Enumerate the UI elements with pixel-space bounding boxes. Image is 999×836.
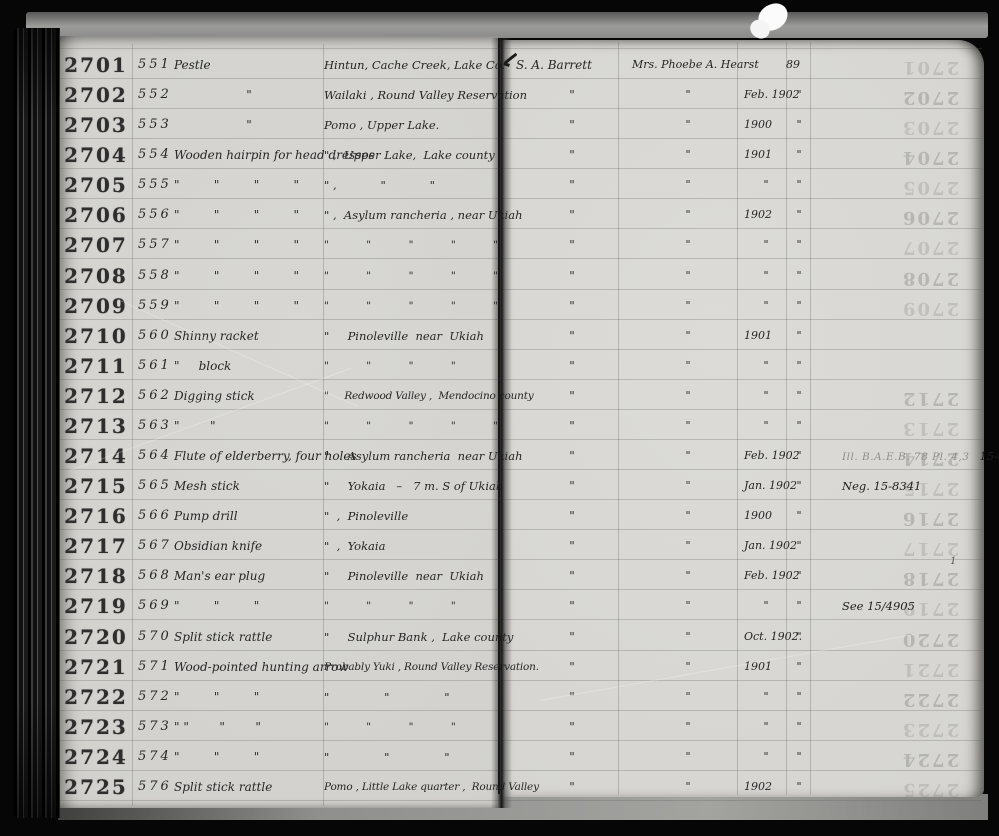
remarks-ink: See 15/4905 (842, 599, 915, 613)
locality: " " " " " (324, 261, 496, 291)
donor: " (632, 261, 744, 291)
catalog-number: 2716 (64, 501, 128, 531)
remarks-pencil: Ill. B.A.E.B. 78 Pl. 4,3 (842, 451, 969, 463)
series-number: " (786, 531, 812, 561)
locality: " " " " " (324, 291, 496, 321)
date: Oct. 1902. (744, 622, 788, 652)
object-description: " (174, 80, 324, 110)
object-description: Wood-pointed hunting arrow (174, 652, 324, 682)
date: Feb. 1902 (744, 80, 788, 110)
locality: " , " " (324, 170, 496, 200)
collector: " (516, 742, 628, 772)
date: Jan. 1902 (744, 531, 788, 561)
object-description: " " " " (174, 200, 324, 230)
donor: " (632, 471, 744, 501)
date: " (744, 591, 788, 621)
locality: " " " " (324, 712, 496, 742)
donor: " (632, 501, 744, 531)
accession-number: 574 (138, 742, 178, 772)
object-description: " " " (174, 742, 324, 772)
series-number: " (786, 110, 812, 140)
date: Feb. 1902 (744, 561, 788, 591)
object-description: " " " " (174, 712, 324, 742)
date: 1902 (744, 772, 788, 802)
stray-mark: 1 (950, 556, 956, 567)
date: " (744, 351, 788, 381)
catalog-number: 2703 (64, 110, 128, 140)
object-description: " block (174, 351, 324, 381)
date: 1901 (744, 652, 788, 682)
accession-number: 558 (138, 261, 178, 291)
accession-number: 565 (138, 471, 178, 501)
collector: " (516, 140, 628, 170)
series-number: " (786, 200, 812, 230)
collector: " (516, 471, 628, 501)
locality: Pomo , Upper Lake. (324, 110, 496, 140)
donor: " (632, 682, 744, 712)
remarks-ink: Neg. 15-8341 (842, 479, 921, 493)
date: 1900 (744, 501, 788, 531)
collector: " (516, 712, 628, 742)
locality: " Pinoleville near Ukiah (324, 321, 496, 351)
collector: " (516, 591, 628, 621)
accession-number: 569 (138, 591, 178, 621)
catalog-number: 2719 (64, 591, 128, 621)
collector: " (516, 772, 628, 802)
locality: " Asylum rancheria near Ukiah (324, 441, 496, 471)
catalog-number: 2705 (64, 170, 128, 200)
series-number: 89 (786, 50, 812, 80)
catalog-number: 2706 (64, 200, 128, 230)
catalog-number: 2711 (64, 351, 128, 381)
ledger-photo: 2701270227032704270527062707270827092712… (0, 0, 999, 836)
locality: " " " " " (324, 411, 496, 441)
locality: " , Upper Lake, Lake county (324, 140, 496, 170)
date: " (744, 261, 788, 291)
donor: " (632, 591, 744, 621)
object-description: Pump drill (174, 501, 324, 531)
accession-number: 554 (138, 140, 178, 170)
donor: " (632, 80, 744, 110)
collector: " (516, 381, 628, 411)
catalog-number: 2704 (64, 140, 128, 170)
catalog-number: 2723 (64, 712, 128, 742)
date: " (744, 411, 788, 441)
locality: " Pinoleville near Ukiah (324, 561, 496, 591)
catalog-number: 2717 (64, 531, 128, 561)
series-number: " (786, 411, 812, 441)
locality: Pomo , Little Lake quarter , Round Valle… (324, 772, 496, 802)
donor: Mrs. Phoebe A. Hearst (632, 50, 744, 80)
date: " (744, 712, 788, 742)
accession-number: 557 (138, 230, 178, 260)
date: " (744, 230, 788, 260)
locality: " Sulphur Bank , Lake county (324, 622, 496, 652)
remarks-ink: 15-6827 (979, 449, 999, 463)
series-number: " (786, 80, 812, 110)
series-number: " (786, 772, 812, 802)
series-number: " (786, 561, 812, 591)
donor: " (632, 772, 744, 802)
date: Jan. 1902 (744, 471, 788, 501)
donor: " (632, 110, 744, 140)
remarks: Neg. 15-8341 (842, 471, 992, 502)
locality: Hintun, Cache Creek, Lake Co. (324, 50, 496, 80)
catalog-number: 2708 (64, 261, 128, 291)
donor: " (632, 441, 744, 471)
accession-number: 563 (138, 411, 178, 441)
collector: " (516, 652, 628, 682)
object-description: Flute of elderberry, four holes (174, 441, 324, 471)
accession-number: 560 (138, 321, 178, 351)
accession-number: 555 (138, 170, 178, 200)
donor: " (632, 561, 744, 591)
series-number: " (786, 230, 812, 260)
collector: " (516, 501, 628, 531)
series-number: " (786, 682, 812, 712)
remarks: Ill. B.A.E.B. 78 Pl. 4,315-6827 (842, 441, 992, 472)
catalog-number: 2724 (64, 742, 128, 772)
series-number: " (786, 622, 812, 652)
catalog-number: 2722 (64, 682, 128, 712)
collector: " (516, 261, 628, 291)
catalog-number: 2714 (64, 441, 128, 471)
object-description: Split stick rattle (174, 622, 324, 652)
series-number: " (786, 471, 812, 501)
collector: " (516, 200, 628, 230)
date: Feb. 1902 (744, 441, 788, 471)
accession-number: 576 (138, 772, 178, 802)
book-spine (14, 28, 60, 818)
locality: " " " " (324, 591, 496, 621)
catalog-number: 2725 (64, 772, 128, 802)
collector: " (516, 321, 628, 351)
donor: " (632, 321, 744, 351)
date: " (744, 682, 788, 712)
series-number: " (786, 381, 812, 411)
collector: " (516, 411, 628, 441)
locality: " Yokaia – 7 m. S of Ukiah (324, 471, 496, 501)
series-number: " (786, 712, 812, 742)
date: " (744, 381, 788, 411)
series-number: " (786, 140, 812, 170)
collector: " (516, 531, 628, 561)
donor: " (632, 140, 744, 170)
catalog-number: 2718 (64, 561, 128, 591)
series-number: " (786, 441, 812, 471)
accession-number: 564 (138, 441, 178, 471)
donor: " (632, 712, 744, 742)
series-number: " (786, 501, 812, 531)
object-description: Split stick rattle (174, 772, 324, 802)
accession-number: 572 (138, 682, 178, 712)
date: 1902 (744, 200, 788, 230)
catalog-number: 2715 (64, 471, 128, 501)
locality: Probably Yuki , Round Valley Reservation… (324, 652, 496, 682)
accession-number: 566 (138, 501, 178, 531)
object-description: " " (174, 411, 324, 441)
catalog-number: 2720 (64, 622, 128, 652)
accession-number: 551 (138, 50, 178, 80)
donor: " (632, 200, 744, 230)
object-description: " " " (174, 682, 324, 712)
remarks: See 15/4905 (842, 591, 992, 622)
catalog-number: 2709 (64, 291, 128, 321)
collector: " (516, 351, 628, 381)
accession-number: 553 (138, 110, 178, 140)
date: 1901 (744, 140, 788, 170)
catalog-number: 2710 (64, 321, 128, 351)
series-number: " (786, 321, 812, 351)
collector: " (516, 170, 628, 200)
donor: " (632, 351, 744, 381)
series-number: " (786, 291, 812, 321)
series-number: " (786, 170, 812, 200)
object-description: Obsidian knife (174, 531, 324, 561)
collector: " (516, 230, 628, 260)
object-description: " (174, 110, 324, 140)
object-description: Mesh stick (174, 471, 324, 501)
collector: " (516, 441, 628, 471)
accession-number: 556 (138, 200, 178, 230)
catalog-number: 2702 (64, 80, 128, 110)
object-description: " " " " (174, 230, 324, 260)
collector: " (516, 682, 628, 712)
object-description: Shinny racket (174, 321, 324, 351)
catalog-number: 2713 (64, 411, 128, 441)
donor: " (632, 381, 744, 411)
locality: " , Asylum rancheria , near Ukiah (324, 200, 496, 230)
locality: " , Yokaia (324, 531, 496, 561)
series-number: " (786, 351, 812, 381)
donor: " (632, 170, 744, 200)
locality: " " " " (324, 351, 496, 381)
accession-number: 568 (138, 561, 178, 591)
object-description: " " " " (174, 291, 324, 321)
donor: " (632, 230, 744, 260)
date: 1901 (744, 321, 788, 351)
donor: " (632, 291, 744, 321)
accession-number: 570 (138, 622, 178, 652)
catalog-number: 2721 (64, 652, 128, 682)
accession-number: 562 (138, 381, 178, 411)
collector: " (516, 291, 628, 321)
series-number: " (786, 591, 812, 621)
locality: Wailaki , Round Valley Reservation (324, 80, 496, 110)
catalog-number: 2712 (64, 381, 128, 411)
object-description: Pestle (174, 50, 324, 80)
page-gutter-fold (491, 38, 512, 808)
locality: " " " " " (324, 230, 496, 260)
accession-number: 571 (138, 652, 178, 682)
object-description: Wooden hairpin for head dresses (174, 140, 324, 170)
object-description: " " " (174, 591, 324, 621)
date: " (744, 291, 788, 321)
catalog-number: 2701 (64, 50, 128, 80)
accession-number: 567 (138, 531, 178, 561)
donor: " (632, 622, 744, 652)
collector: " (516, 561, 628, 591)
date: 1900 (744, 110, 788, 140)
collector: " (516, 622, 628, 652)
donor: " (632, 531, 744, 561)
date: " (744, 742, 788, 772)
collector: " (516, 110, 628, 140)
accession-number: 561 (138, 351, 178, 381)
locality: " " " (324, 742, 496, 772)
locality: " Redwood Valley , Mendocino county (324, 381, 496, 411)
locality: " , Pinoleville (324, 501, 496, 531)
object-description: " " " " (174, 261, 324, 291)
accession-number: 573 (138, 712, 178, 742)
series-number: " (786, 742, 812, 772)
accession-number: 552 (138, 80, 178, 110)
object-description: " " " " (174, 170, 324, 200)
donor: " (632, 742, 744, 772)
series-number: " (786, 261, 812, 291)
date: " (744, 170, 788, 200)
donor: " (632, 411, 744, 441)
catalog-number: 2707 (64, 230, 128, 260)
collector: S. A. Barrett (516, 50, 628, 80)
object-description: Man's ear plug (174, 561, 324, 591)
locality: " " " (324, 682, 496, 712)
collector: " (516, 80, 628, 110)
